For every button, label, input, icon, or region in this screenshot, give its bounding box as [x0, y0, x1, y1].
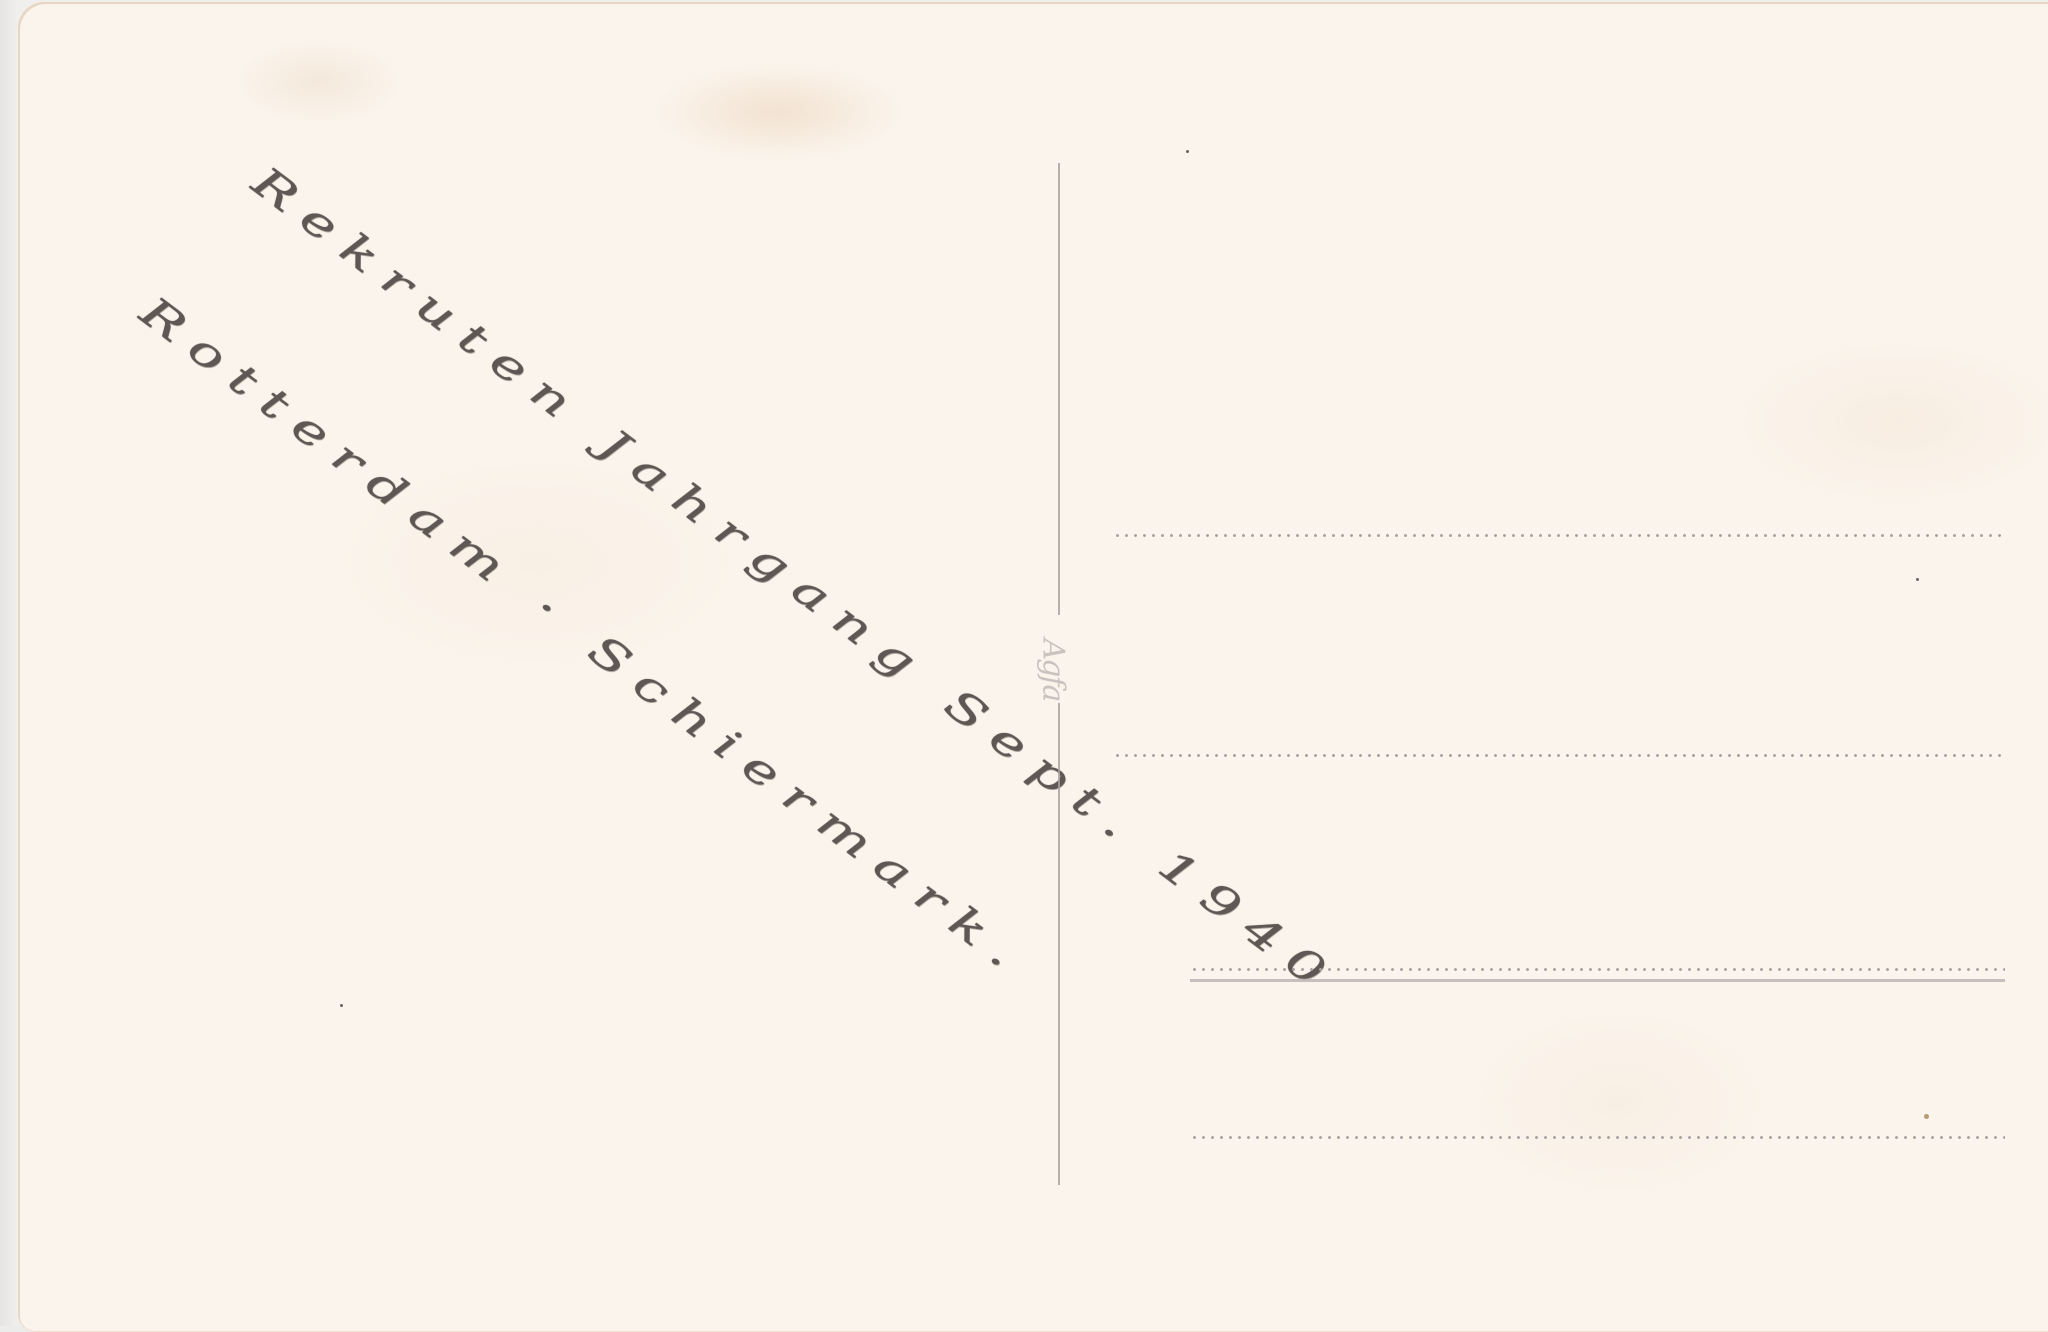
handwritten-line-1: Rekruten Jahrgang Sept. 1940 — [243, 156, 1348, 1005]
paper-speck — [1186, 150, 1189, 153]
address-line-3 — [1190, 968, 2005, 971]
paper-speck — [1924, 1114, 1929, 1119]
address-line-1 — [1113, 534, 2003, 537]
address-line-2 — [1113, 754, 2003, 757]
paper-speck — [1916, 578, 1919, 581]
address-line-4 — [1190, 1136, 2005, 1139]
agfa-logo-icon: Agfa — [1035, 639, 1070, 701]
postcard: Rekruten Jahrgang Sept. 1940 Rotterdam ·… — [18, 2, 2048, 1326]
paper-speck — [340, 1004, 343, 1007]
